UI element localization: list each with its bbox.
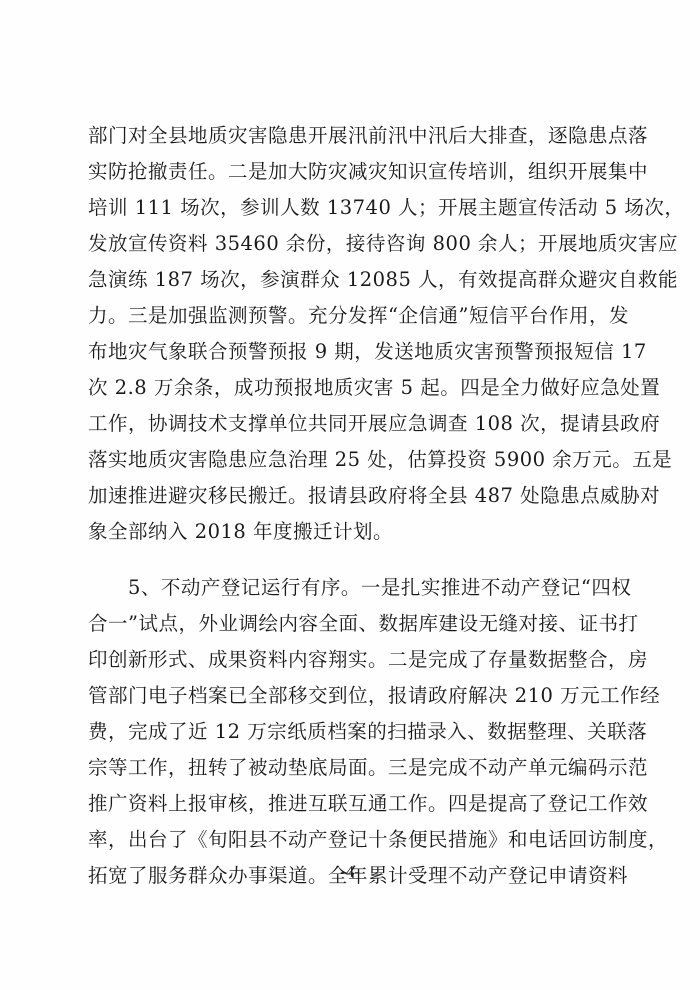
page-number: -4- [0, 862, 700, 882]
text-line: 布地灾气象联合预警预报 9 期，发送地质灾害预警预报短信 17 [88, 334, 614, 370]
text-line: 落实地质灾害隐患应急治理 25 处，估算投资 5900 余万元。五是 [88, 442, 614, 478]
text-line: 管部门电子档案已全部移交到位，报请政府解决 210 万元工作经 [88, 678, 614, 714]
text-line: 实防抢撤责任。二是加大防灾减灾知识宣传培训，组织开展集中 [88, 154, 614, 190]
text-line: 象全部纳入 2018 年度搬迁计划。 [88, 514, 614, 550]
text-line: 加速推进避灾移民搬迁。报请县政府将全县 487 处隐患点威胁对 [88, 478, 614, 514]
paragraph-geological-disaster: 部门对全县地质灾害隐患开展汛前汛中汛后大排查，逐隐患点落 实防抢撤责任。二是加大… [88, 118, 614, 550]
text-line: 率，出台了《旬阳县不动产登记十条便民措施》和电话回访制度， [88, 822, 614, 858]
text-line: 合一”试点，外业调绘内容全面、数据库建设无缝对接、证书打 [88, 606, 614, 642]
text-line: 推广资料上报审核，推进互联互通工作。四是提高了登记工作效 [88, 786, 614, 822]
text-line: 力。三是加强监测预警。充分发挥“企信通”短信平台作用，发 [88, 298, 614, 334]
text-line: 工作，协调技术支撑单位共同开展应急调查 108 次，提请县政府 [88, 406, 614, 442]
text-line: 5、不动产登记运行有序。一是扎实推进不动产登记“四权 [88, 570, 614, 606]
document-page: 部门对全县地质灾害隐患开展汛前汛中汛后大排查，逐隐患点落 实防抢撤责任。二是加大… [0, 0, 700, 990]
text-line: 部门对全县地质灾害隐患开展汛前汛中汛后大排查，逐隐患点落 [88, 118, 614, 154]
text-line: 发放宣传资料 35460 余份，接待咨询 800 余人；开展地质灾害应 [88, 226, 614, 262]
text-line: 印创新形式、成果资料内容翔实。二是完成了存量数据整合，房 [88, 642, 614, 678]
text-line: 宗等工作，扭转了被动垫底局面。三是完成不动产单元编码示范 [88, 750, 614, 786]
body-text: 部门对全县地质灾害隐患开展汛前汛中汛后大排查，逐隐患点落 实防抢撤责任。二是加大… [88, 118, 614, 894]
text-line: 急演练 187 场次，参演群众 12085 人，有效提高群众避灾自救能 [88, 262, 614, 298]
text-line: 费，完成了近 12 万宗纸质档案的扫描录入、数据整理、关联落 [88, 714, 614, 750]
text-line: 培训 111 场次，参训人数 13740 人；开展主题宣传活动 5 场次， [88, 190, 614, 226]
paragraph-real-estate-registration: 5、不动产登记运行有序。一是扎实推进不动产登记“四权 合一”试点，外业调绘内容全… [88, 570, 614, 894]
text-line: 次 2.8 万余条，成功预报地质灾害 5 起。四是全力做好应急处置 [88, 370, 614, 406]
paragraph-spacer [88, 550, 614, 570]
